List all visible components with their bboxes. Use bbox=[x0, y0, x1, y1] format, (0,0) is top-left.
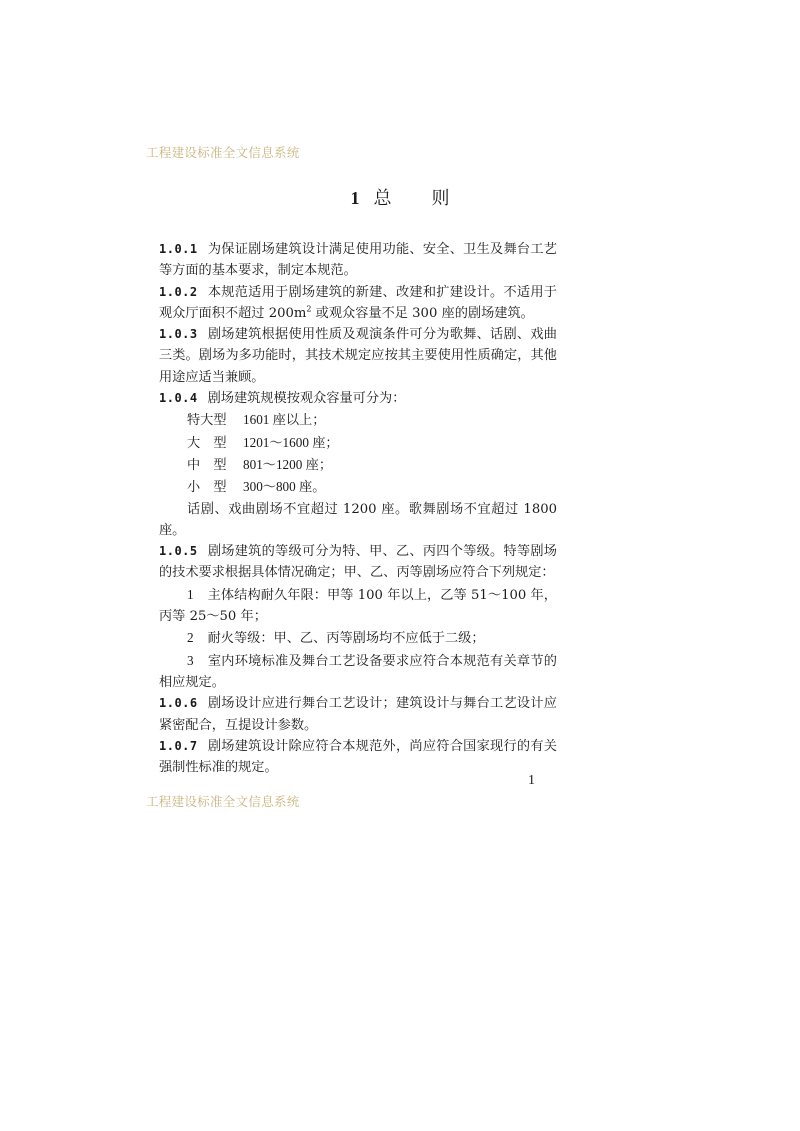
size-range: 300～800 座。 bbox=[243, 479, 325, 494]
size-range: 1601 座以上； bbox=[243, 412, 325, 427]
size-range: 1201～1600 座； bbox=[243, 435, 339, 450]
clause-1-0-1: 1.0.1为保证剧场建筑设计满足使用功能、安全、卫生及舞台工艺等方面的基本要求，… bbox=[159, 239, 557, 282]
size-type: 特大型 bbox=[187, 410, 243, 431]
clause-text: 为保证剧场建筑设计满足使用功能、安全、卫生及舞台工艺等方面的基本要求，制定本规范… bbox=[159, 242, 557, 278]
clause-1-0-6: 1.0.6剧场设计应进行舞台工艺设计；建筑设计与舞台工艺设计应紧密配合，互提设计… bbox=[159, 693, 557, 736]
clause-number: 1.0.6 bbox=[159, 696, 198, 710]
clause-text: 剧场建筑的等级可分为特、甲、乙、丙四个等级。特等剧场的技术要求根据具体情况确定；… bbox=[159, 544, 557, 580]
clause-number: 1.0.7 bbox=[159, 739, 198, 753]
clause-1-0-5: 1.0.5剧场建筑的等级可分为特、甲、乙、丙四个等级。特等剧场的技术要求根据具体… bbox=[159, 541, 557, 584]
chapter-title-char-1: 总 bbox=[374, 184, 392, 210]
size-item: 中 型801～1200 座； bbox=[159, 454, 557, 476]
clause-number: 1.0.3 bbox=[159, 327, 198, 341]
size-type: 小 型 bbox=[187, 477, 243, 498]
clause-text: 剧场建筑规模按观众容量可分为： bbox=[208, 391, 406, 406]
item-number: 1 bbox=[187, 587, 194, 602]
item-text: 耐火等级：甲、乙、丙等剧场均不应低于二级； bbox=[208, 631, 485, 646]
chapter-title-char-2: 则 bbox=[432, 184, 450, 210]
clause-text: 剧场设计应进行舞台工艺设计；建筑设计与舞台工艺设计应紧密配合，互提设计参数。 bbox=[159, 696, 557, 732]
clause-item: 2耐火等级：甲、乙、丙等剧场均不应低于二级； bbox=[159, 627, 557, 649]
size-item: 特大型1601 座以上； bbox=[159, 409, 557, 431]
chapter-name: 总则 bbox=[374, 188, 450, 209]
item-number: 2 bbox=[187, 630, 194, 645]
clause-item: 3室内环境标准及舞台工艺设备要求应符合本规范有关章节的相应规定。 bbox=[159, 650, 557, 694]
clause-1-0-7: 1.0.7剧场建筑设计除应符合本规范外，尚应符合国家现行的有关强制性标准的规定。 bbox=[159, 736, 557, 779]
clause-number: 1.0.4 bbox=[159, 391, 198, 405]
clause-item: 1主体结构耐久年限：甲等 100 年以上，乙等 51～100 年，丙等 25～5… bbox=[159, 584, 557, 628]
item-number: 3 bbox=[187, 653, 194, 668]
clause-text: 剧场建筑设计除应符合本规范外，尚应符合国家现行的有关强制性标准的规定。 bbox=[159, 739, 557, 775]
clause-text-cont: 或观众容量不足 300 座的剧场建筑。 bbox=[311, 306, 533, 321]
watermark-bottom: 工程建设标准全文信息系统 bbox=[146, 792, 300, 810]
watermark-top: 工程建设标准全文信息系统 bbox=[146, 143, 300, 161]
clause-1-0-4-note: 话剧、戏曲剧场不宜超过 1200 座。歌舞剧场不宜超过 1800 座。 bbox=[159, 499, 557, 542]
clause-number: 1.0.5 bbox=[159, 544, 198, 558]
item-text: 室内环境标准及舞台工艺设备要求应符合本规范有关章节的相应规定。 bbox=[159, 654, 557, 690]
document-body: 1.0.1为保证剧场建筑设计满足使用功能、安全、卫生及舞台工艺等方面的基本要求，… bbox=[159, 239, 557, 778]
item-text: 主体结构耐久年限：甲等 100 年以上，乙等 51～100 年，丙等 25～50… bbox=[159, 588, 557, 624]
clause-number: 1.0.1 bbox=[159, 242, 198, 256]
chapter-number: 1 bbox=[351, 188, 360, 208]
size-item: 小 型300～800 座。 bbox=[159, 476, 557, 498]
clause-1-0-4: 1.0.4剧场建筑规模按观众容量可分为： bbox=[159, 388, 557, 409]
clause-1-0-3: 1.0.3剧场建筑根据使用性质及观演条件可分为歌舞、话剧、戏曲三类。剧场为多功能… bbox=[159, 324, 557, 388]
size-type: 大 型 bbox=[187, 433, 243, 454]
clause-text: 剧场建筑根据使用性质及观演条件可分为歌舞、话剧、戏曲三类。剧场为多功能时，其技术… bbox=[159, 327, 557, 385]
size-type: 中 型 bbox=[187, 455, 243, 476]
clause-number: 1.0.2 bbox=[159, 285, 198, 299]
size-item: 大 型1201～1600 座； bbox=[159, 432, 557, 454]
chapter-title: 1总则 bbox=[0, 184, 800, 210]
page-number: 1 bbox=[528, 773, 535, 789]
clause-1-0-2: 1.0.2本规范适用于剧场建筑的新建、改建和扩建设计。不适用于观众厅面积不超过 … bbox=[159, 282, 557, 325]
size-range: 801～1200 座； bbox=[243, 457, 332, 472]
